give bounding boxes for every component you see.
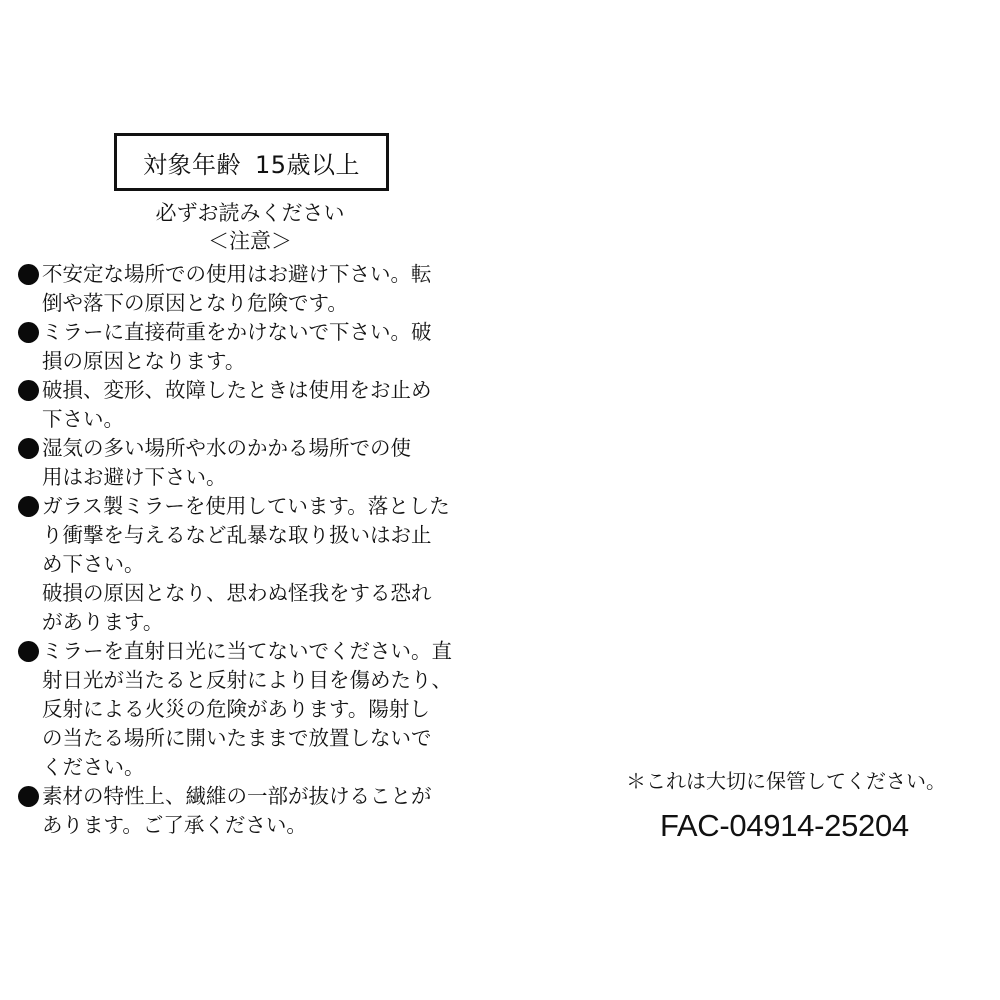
note-line: があります。 — [42, 608, 488, 637]
caution-heading: ＜注意＞ — [100, 226, 400, 256]
caution-note: 素材の特性上、繊維の一部が抜けることが あります。ご了承ください。 — [18, 782, 488, 840]
note-line: め下さい。 — [42, 550, 488, 579]
age-rating-value: 15歳以上 — [255, 145, 360, 180]
note-line: 破損、変形、故障したときは使用をお止め — [42, 376, 488, 405]
keep-instructions-note: ＊これは大切に保管してください。 — [626, 767, 946, 795]
note-line: 損の原因となります。 — [42, 347, 488, 376]
note-line: ガラス製ミラーを使用しています。落とした — [42, 492, 488, 521]
bullet-icon — [18, 438, 39, 459]
must-read-heading: 必ずお読みください — [100, 200, 400, 226]
caution-note: 湿気の多い場所や水のかかる場所での使 用はお避け下さい。 — [18, 434, 488, 492]
note-line: ください。 — [42, 753, 488, 782]
caution-note: ガラス製ミラーを使用しています。落とした り衝撃を与えるなど乱暴な取り扱いはお止… — [18, 492, 488, 637]
caution-note: ミラーを直射日光に当てないでください。直 射日光が当たると反射により目を傷めたり… — [18, 637, 488, 782]
note-line: の当たる場所に開いたままで放置しないで — [42, 724, 488, 753]
note-line: 素材の特性上、繊維の一部が抜けることが — [42, 782, 488, 811]
caution-notes-list: 不安定な場所での使用はお避け下さい。転 倒や落下の原因となり危険です。 ミラーに… — [18, 260, 488, 840]
note-line: 不安定な場所での使用はお避け下さい。転 — [42, 260, 488, 289]
bullet-icon — [18, 496, 39, 517]
note-line: 射日光が当たると反射により目を傷めたり、 — [42, 666, 488, 695]
note-line: 反射による火災の危険があります。陽射し — [42, 695, 488, 724]
caution-note: 破損、変形、故障したときは使用をお止め 下さい。 — [18, 376, 488, 434]
product-code: FAC-04914-25204 — [660, 808, 909, 844]
bullet-icon — [18, 264, 39, 285]
note-line: 湿気の多い場所や水のかかる場所での使 — [42, 434, 488, 463]
age-rating-box: 対象年齢 15歳以上 — [114, 133, 389, 191]
bullet-icon — [18, 380, 39, 401]
caution-note: 不安定な場所での使用はお避け下さい。転 倒や落下の原因となり危険です。 — [18, 260, 488, 318]
note-line: ミラーを直射日光に当てないでください。直 — [42, 637, 488, 666]
note-line: 倒や落下の原因となり危険です。 — [42, 289, 488, 318]
note-line: あります。ご了承ください。 — [42, 811, 488, 840]
note-line: ミラーに直接荷重をかけないで下さい。破 — [42, 318, 488, 347]
note-line: り衝撃を与えるなど乱暴な取り扱いはお止 — [42, 521, 488, 550]
age-rating-label: 対象年齢 — [143, 145, 241, 180]
bullet-icon — [18, 786, 39, 807]
note-line: 破損の原因となり、思わぬ怪我をする恐れ — [42, 579, 488, 608]
bullet-icon — [18, 322, 39, 343]
bullet-icon — [18, 641, 39, 662]
caution-note: ミラーに直接荷重をかけないで下さい。破 損の原因となります。 — [18, 318, 488, 376]
note-line: 下さい。 — [42, 405, 488, 434]
note-line: 用はお避け下さい。 — [42, 463, 488, 492]
